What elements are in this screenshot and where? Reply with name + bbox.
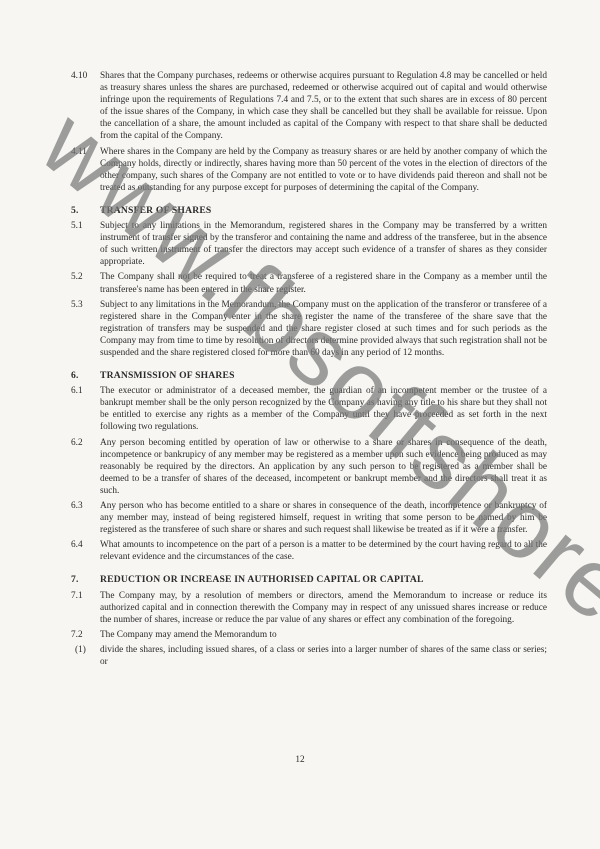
clause-text: Subject to any limitations in the Memora… [100,300,547,358]
clause: 6.4What amounts to incompetence on the p… [71,539,547,563]
heading-text: TRANSMISSION OF SHARES [100,370,235,381]
clause-number: 7. [71,574,79,586]
clause-text: Any person becoming entitled by operatio… [100,438,547,496]
clause-number: 6.1 [71,385,83,397]
clause-number: 5.2 [71,271,83,283]
clause-text: The executor or administrator of a decea… [100,386,547,432]
clause-number: 5.1 [71,220,83,232]
section-heading: 6.TRANSMISSION OF SHARES [71,370,547,382]
clause-number: 5.3 [71,299,83,311]
clause-number: 7.2 [71,629,83,641]
document-body: 4.10Shares that the Company purchases, r… [71,70,547,671]
heading-text: REDUCTION OR INCREASE IN AUTHORISED CAPI… [100,574,424,585]
clause-number: (1) [75,644,86,656]
document-page: 4.10Shares that the Company purchases, r… [0,0,600,849]
clause-text: The Company may, by a resolution of memb… [100,591,547,625]
section-heading: 5.TRANSFER OF SHARES [71,205,547,217]
clause-text: The Company shall not be required to tre… [100,272,547,294]
clause: 5.2The Company shall not be required to … [71,271,547,295]
clause: 7.1The Company may, by a resolution of m… [71,590,547,626]
clause: 4.11Where shares in the Company are held… [71,146,547,194]
page-number: 12 [0,755,600,765]
clause-number: 7.1 [71,590,83,602]
clause-number: 6. [71,370,79,382]
clause: 6.2Any person becoming entitled by opera… [71,437,547,497]
heading-text: TRANSFER OF SHARES [100,205,211,216]
clause-text: divide the shares, including issued shar… [100,645,547,667]
clause-number: 4.11 [71,146,87,158]
clause-text: What amounts to incompetence on the part… [100,540,547,562]
clause: 5.3Subject to any limitations in the Mem… [71,299,547,359]
clause-number: 6.4 [71,539,83,551]
clause-number: 6.3 [71,500,83,512]
clause-number: 5. [71,205,79,217]
clause-text: The Company may amend the Memorandum to [100,630,277,640]
section-heading: 7.REDUCTION OR INCREASE IN AUTHORISED CA… [71,574,547,586]
clause: 6.1The executor or administrator of a de… [71,385,547,433]
clause: 6.3Any person who has become entitled to… [71,500,547,536]
clause-text: Any person who has become entitled to a … [100,501,547,535]
clause-text: Subject to any limitations in the Memora… [100,221,547,267]
clause: 4.10Shares that the Company purchases, r… [71,70,547,143]
clause: 5.1Subject to any limitations in the Mem… [71,220,547,268]
clause-text: Where shares in the Company are held by … [100,147,547,193]
clause-text: Shares that the Company purchases, redee… [100,71,547,141]
clause: 7.2The Company may amend the Memorandum … [71,629,547,641]
clause-number: 6.2 [71,437,83,449]
clause-number: 4.10 [71,70,87,82]
sub-clause: (1)divide the shares, including issued s… [71,644,547,668]
